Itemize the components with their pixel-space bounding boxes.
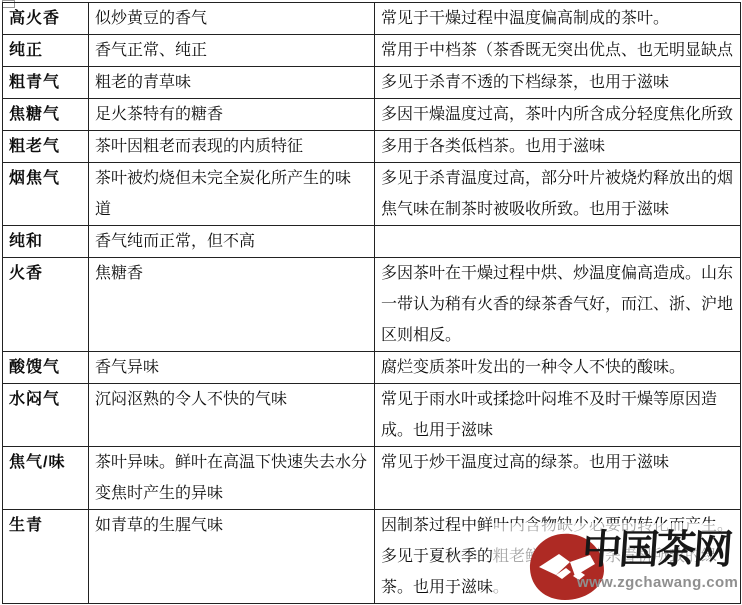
usage-cell: 腐烂变质茶叶发出的一种令人不快的酸味。 xyxy=(375,352,741,384)
usage-cell: 常见于干燥过程中温度偏高制成的茶叶。 xyxy=(375,3,741,35)
table-row: 粗老气 茶叶因粗老而表现的内质特征 多用于各类低档茶。也用于滋味 xyxy=(3,131,741,163)
definition-cell: 足火茶特有的糖香 xyxy=(89,99,375,131)
usage-cell: 多因干燥温度过高，茶叶内所含成分轻度焦化所致 xyxy=(375,99,741,131)
term-cell: 纯正 xyxy=(3,35,89,67)
table-row: 焦气/味 茶叶异味。鲜叶在高温下快速失去水分 变焦时产生的异味 常见于炒干温度过… xyxy=(3,447,741,510)
definition-cell: 香气异味 xyxy=(89,352,375,384)
term-cell: 生青 xyxy=(3,510,89,604)
term-cell: 烟焦气 xyxy=(3,163,89,226)
table-row: 烟焦气 茶叶被灼烧但未完全炭化所产生的味 道 多见于杀青温度过高，部分叶片被烧灼… xyxy=(3,163,741,226)
table-row: 火香 焦糖香 多因茶叶在干燥过程中烘、炒温度偏高造成。山东 一带认为稍有火香的绿… xyxy=(3,258,741,352)
term-cell: 粗青气 xyxy=(3,67,89,99)
term-cell: 焦糖气 xyxy=(3,99,89,131)
terms-table-body: 高火香 似炒黄豆的香气 常见于干燥过程中温度偏高制成的茶叶。 纯正 香气正常、纯… xyxy=(3,3,741,604)
term-cell: 高火香 xyxy=(3,3,89,35)
definition-cell: 沉闷沤熟的令人不快的气味 xyxy=(89,384,375,447)
usage-cell: 常见于雨水叶或揉捻叶闷堆不及时干燥等原因造 成。也用于滋味 xyxy=(375,384,741,447)
table-row: 纯和 香气纯而正常，但不高 xyxy=(3,226,741,258)
usage-cell: 多见于杀青不透的下档绿茶，也用于滋味 xyxy=(375,67,741,99)
usage-cell: 因制茶过程中鲜叶内含物缺少必要的转化而产生。 多见于夏秋季的粗老鲜叶用滚筒杀青机… xyxy=(375,510,741,604)
table-row: 生青 如青草的生腥气味 因制茶过程中鲜叶内含物缺少必要的转化而产生。 多见于夏秋… xyxy=(3,510,741,604)
definition-cell: 茶叶因粗老而表现的内质特征 xyxy=(89,131,375,163)
table-row: 焦糖气 足火茶特有的糖香 多因干燥温度过高，茶叶内所含成分轻度焦化所致 xyxy=(3,99,741,131)
definition-cell: 焦糖香 xyxy=(89,258,375,352)
usage-cell xyxy=(375,226,741,258)
definition-cell: 茶叶异味。鲜叶在高温下快速失去水分 变焦时产生的异味 xyxy=(89,447,375,510)
tea-aroma-terms-table: 高火香 似炒黄豆的香气 常见于干燥过程中温度偏高制成的茶叶。 纯正 香气正常、纯… xyxy=(2,2,741,604)
definition-cell: 茶叶被灼烧但未完全炭化所产生的味 道 xyxy=(89,163,375,226)
definition-cell: 粗老的青草味 xyxy=(89,67,375,99)
table-row: 粗青气 粗老的青草味 多见于杀青不透的下档绿茶，也用于滋味 xyxy=(3,67,741,99)
term-cell: 焦气/味 xyxy=(3,447,89,510)
usage-cell: 常用于中档茶（茶香既无突出优点、也无明显缺点 xyxy=(375,35,741,67)
term-cell: 水闷气 xyxy=(3,384,89,447)
term-cell: 酸馊气 xyxy=(3,352,89,384)
definition-cell: 似炒黄豆的香气 xyxy=(89,3,375,35)
definition-cell: 如青草的生腥气味 xyxy=(89,510,375,604)
term-cell: 纯和 xyxy=(3,226,89,258)
definition-cell: 香气正常、纯正 xyxy=(89,35,375,67)
usage-cell: 常见于炒干温度过高的绿茶。也用于滋味 xyxy=(375,447,741,510)
definition-cell: 香气纯而正常，但不高 xyxy=(89,226,375,258)
table-row: 酸馊气 香气异味 腐烂变质茶叶发出的一种令人不快的酸味。 xyxy=(3,352,741,384)
table-row: 纯正 香气正常、纯正 常用于中档茶（茶香既无突出优点、也无明显缺点 xyxy=(3,35,741,67)
table-row: 高火香 似炒黄豆的香气 常见于干燥过程中温度偏高制成的茶叶。 xyxy=(3,3,741,35)
term-cell: 火香 xyxy=(3,258,89,352)
usage-cell: 多因茶叶在干燥过程中烘、炒温度偏高造成。山东 一带认为稍有火香的绿茶香气好，而江… xyxy=(375,258,741,352)
table-row: 水闷气 沉闷沤熟的令人不快的气味 常见于雨水叶或揉捻叶闷堆不及时干燥等原因造 成… xyxy=(3,384,741,447)
usage-cell: 多用于各类低档茶。也用于滋味 xyxy=(375,131,741,163)
usage-cell: 多见于杀青温度过高，部分叶片被烧灼释放出的烟 焦气味在制茶时被吸收所致。也用于滋… xyxy=(375,163,741,226)
term-cell: 粗老气 xyxy=(3,131,89,163)
